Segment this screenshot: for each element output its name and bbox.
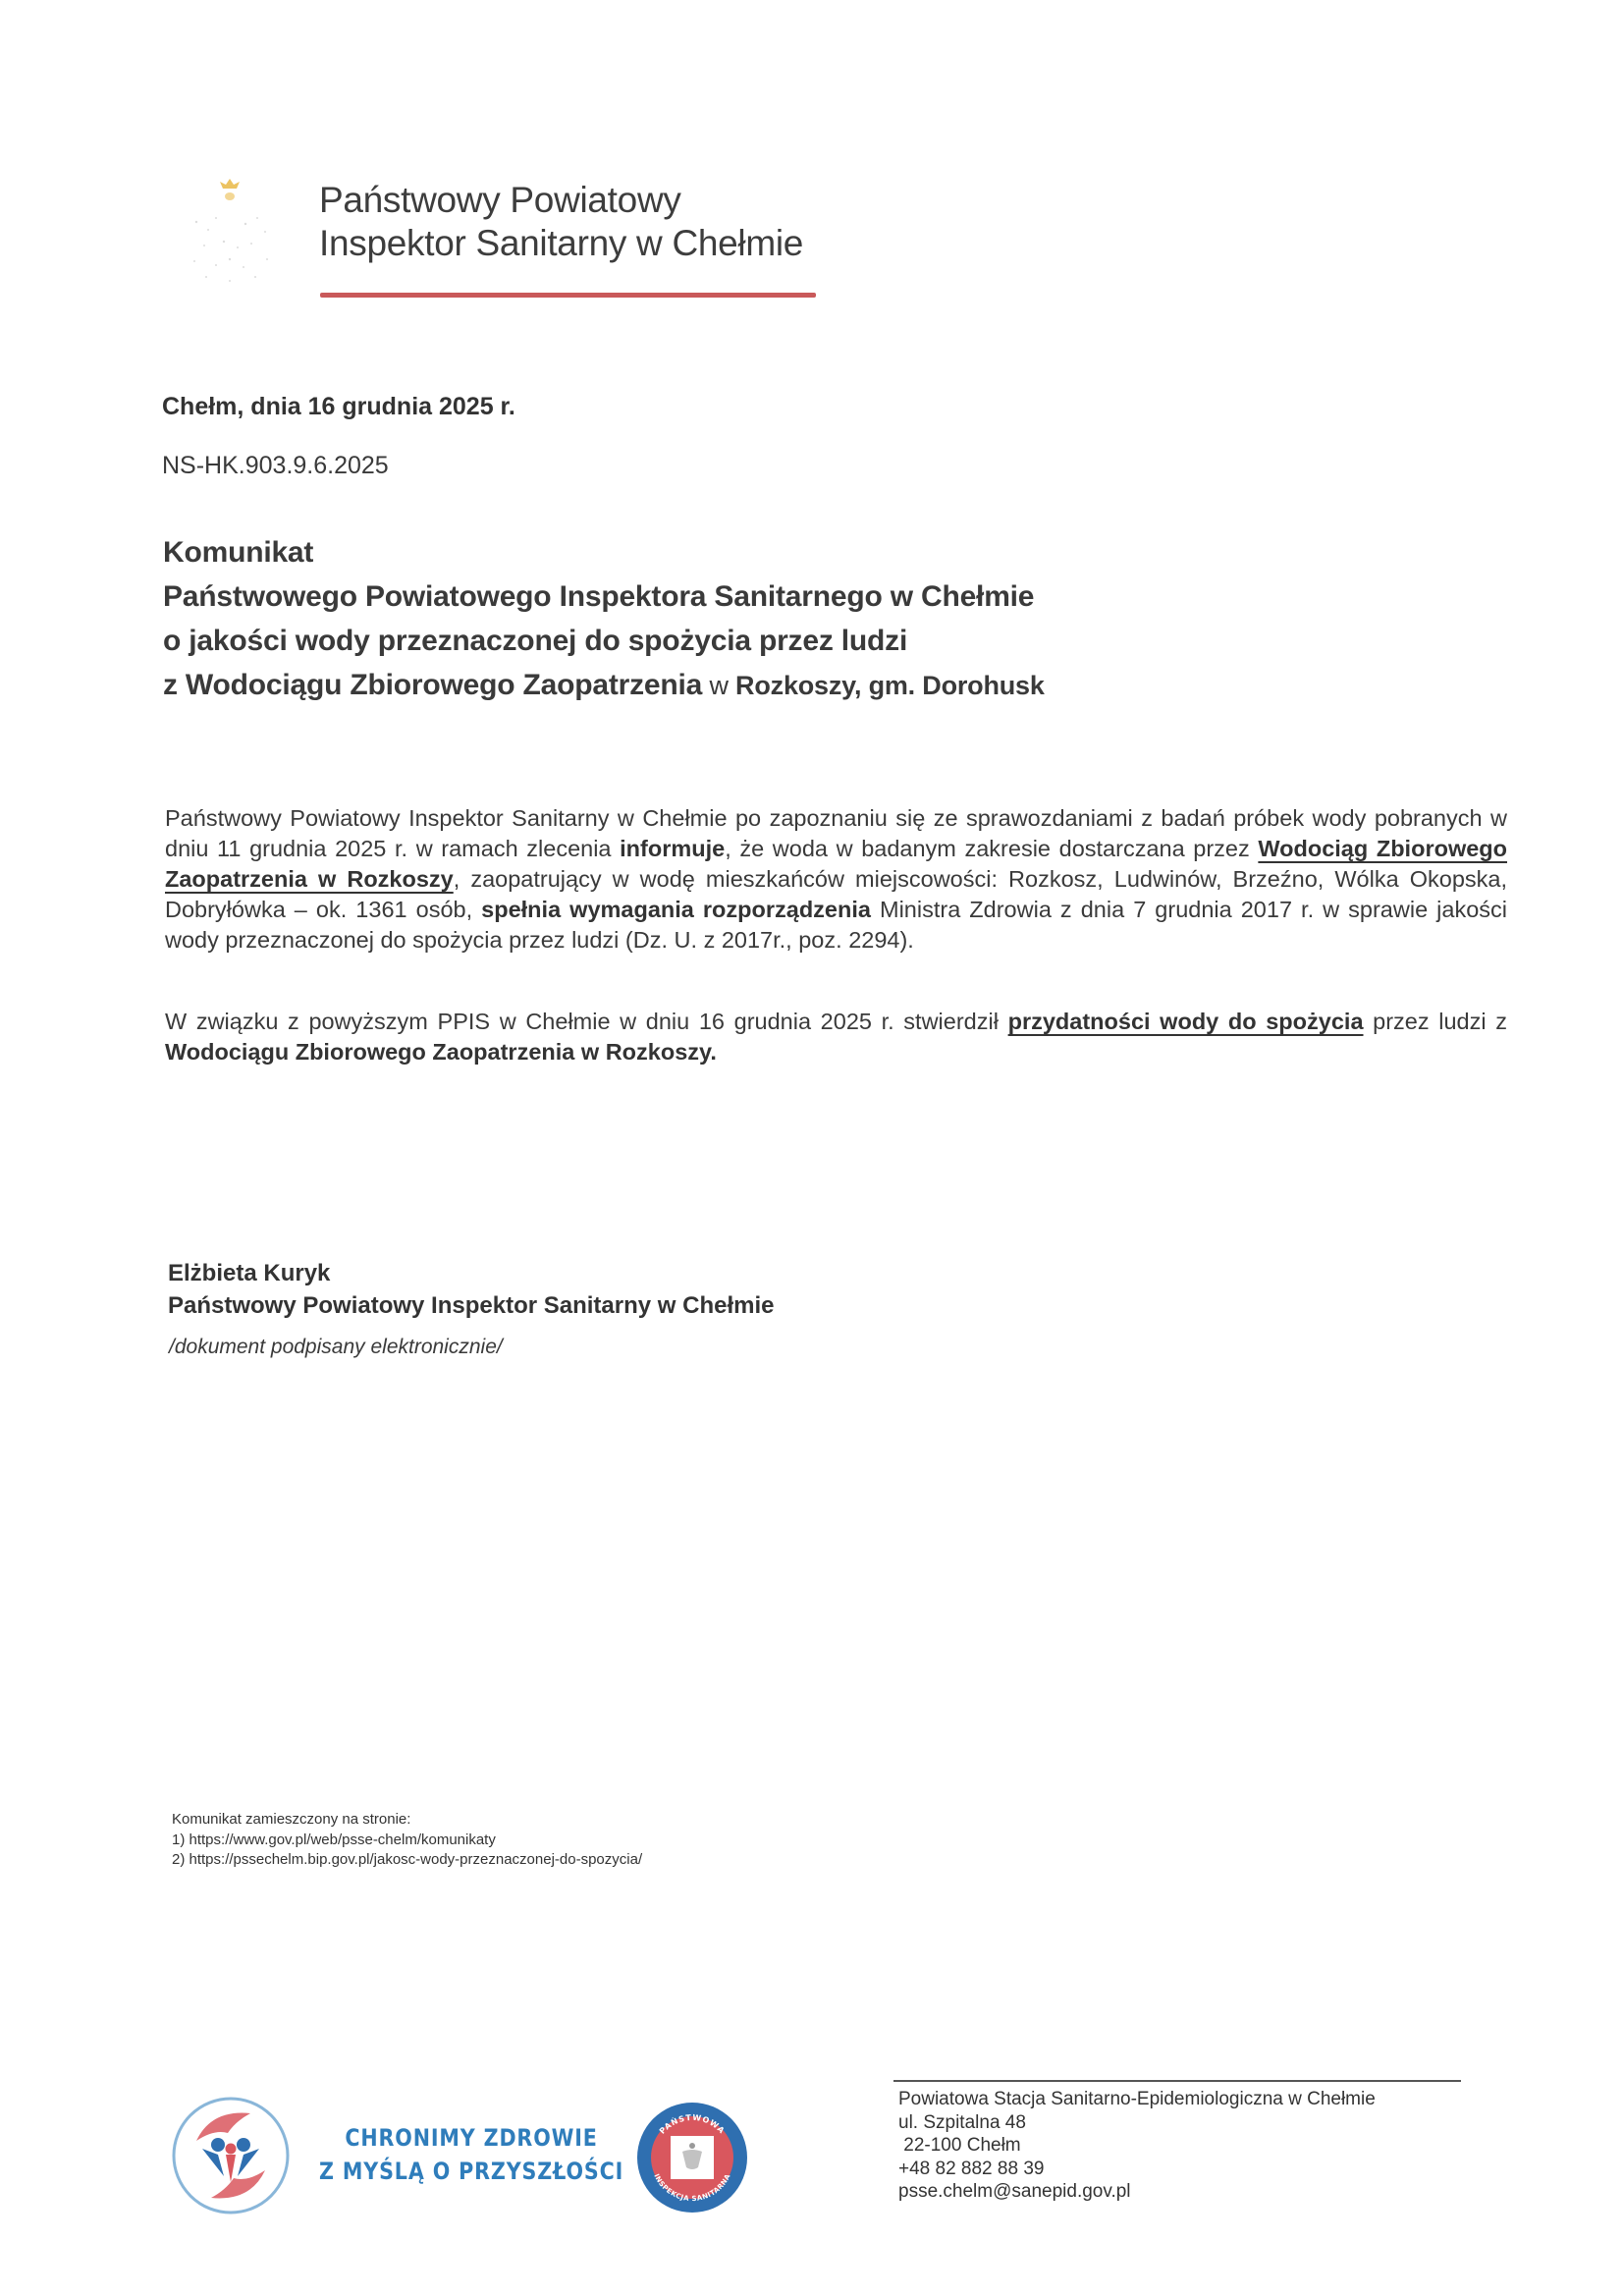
signature-block: Elżbieta Kuryk Państwowy Powiatowy Inspe… — [168, 1257, 774, 1322]
header-divider — [320, 293, 816, 298]
body-paragraph-1: Państwowy Powiatowy Inspektor Sanitarny … — [165, 803, 1507, 956]
signatory-name: Elżbieta Kuryk — [168, 1257, 774, 1289]
p2-bold-fitness: przydatności wody do spożycia — [1008, 1009, 1364, 1034]
sanitary-inspection-seal-icon: PAŃSTWOWA INSPEKCJA SANITARNA — [633, 2099, 751, 2216]
p2-text-2: przez ludzi z — [1364, 1009, 1507, 1034]
title-line-4-mid: w — [702, 671, 735, 700]
publication-link-1[interactable]: 1) https://www.gov.pl/web/psse-chelm/kom… — [172, 1831, 642, 1851]
publication-link-2[interactable]: 2) https://pssechelm.bip.gov.pl/jakosc-w… — [172, 1850, 642, 1871]
campaign-slogan: CHRONIMY ZDROWIE Z MYŚLĄ O PRZYSZŁOŚCI — [319, 2121, 623, 2188]
body-paragraph-2: W związku z powyższym PPIS w Chełmie w d… — [165, 1007, 1507, 1067]
publication-info: Komunikat zamieszczony na stronie: 1) ht… — [172, 1810, 642, 1871]
institution-name-line1: Państwowy Powiatowy — [319, 179, 803, 222]
title-line-4-bold: z Wodociągu Zbiorowego Zaopatrzenia — [163, 669, 702, 701]
title-line-4-end: Rozkoszy, gm. Dorohusk — [735, 671, 1045, 700]
signatory-position: Państwowy Powiatowy Inspektor Sanitarny … — [168, 1289, 774, 1322]
footer-divider — [893, 2080, 1461, 2082]
institution-name-line2: Inspektor Sanitarny w Chełmie — [319, 222, 803, 265]
address-city: 22-100 Chełm — [898, 2134, 1376, 2158]
document-title: Komunikat Państwowego Powiatowego Inspek… — [163, 530, 1045, 708]
title-line-4: z Wodociągu Zbiorowego Zaopatrzenia w Ro… — [163, 663, 1045, 708]
title-line-2: Państwowego Powiatowego Inspektora Sanit… — [163, 574, 1045, 619]
place-date: Chełm, dnia 16 grudnia 2025 r. — [162, 393, 515, 421]
address-street: ul. Szpitalna 48 — [898, 2111, 1376, 2135]
helping-hands-people-logo-icon — [167, 2092, 295, 2219]
p1-text-2: , że woda w badanym zakresie dostarczana… — [725, 836, 1258, 861]
institution-name: Państwowy Powiatowy Inspektor Sanitarny … — [319, 179, 803, 265]
address-institution: Powiatowa Stacja Sanitarno-Epidemiologic… — [898, 2088, 1376, 2111]
p2-text-1: W związku z powyższym PPIS w Chełmie w d… — [165, 1009, 1008, 1034]
address-email[interactable]: psse.chelm@sanepid.gov.pl — [898, 2180, 1376, 2204]
p2-bold-waterworks: Wodociągu Zbiorowego Zaopatrzenia w Rozk… — [165, 1039, 717, 1065]
p1-bold-informuje: informuje — [620, 836, 725, 861]
electronic-signature-note: /dokument podpisany elektronicznie/ — [169, 1336, 503, 1359]
campaign-line-1: CHRONIMY ZDROWIE — [319, 2121, 623, 2155]
title-line-3: o jakości wody przeznaczonej do spożycia… — [163, 619, 1045, 663]
campaign-line-2: Z MYŚLĄ O PRZYSZŁOŚCI — [319, 2155, 623, 2188]
polish-eagle-emblem-icon — [187, 175, 275, 298]
p1-bold-requirements: spełnia wymagania rozporządzenia — [481, 897, 871, 922]
station-address: Powiatowa Stacja Sanitarno-Epidemiologic… — [898, 2088, 1376, 2204]
publication-heading: Komunikat zamieszczony na stronie: — [172, 1810, 642, 1831]
title-line-1: Komunikat — [163, 530, 1045, 574]
address-phone: +48 82 882 88 39 — [898, 2158, 1376, 2181]
reference-number: NS-HK.903.9.6.2025 — [162, 452, 389, 480]
